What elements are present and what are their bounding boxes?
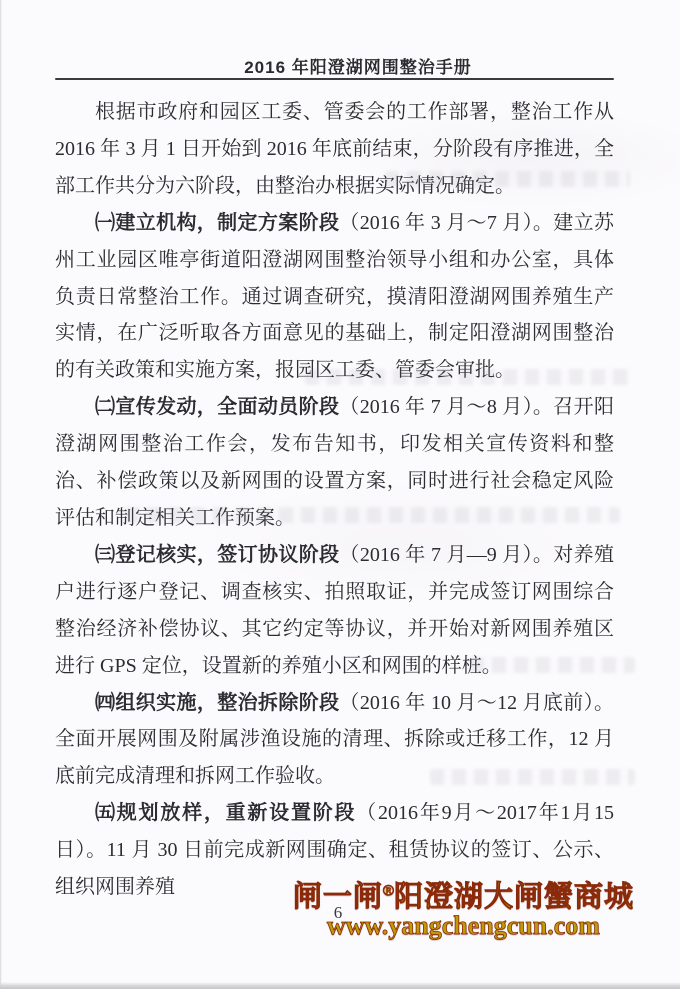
scanned-document-page: 2016 年阳澄湖网围整治手册 根据市政府和园区工委、管委会的工作部署，整治工作…	[0, 0, 680, 989]
paragraph-head: ㈢登记核实，签订协议阶段	[95, 544, 340, 566]
watermark-brand: 闸一闸	[293, 881, 383, 913]
scan-bottom-edge-shadow	[0, 982, 680, 989]
page-header-title: 2016 年阳澄湖网围整治手册	[36, 53, 680, 78]
paragraph-intro: 根据市政府和园区工委、管委会的工作部署，整治工作从 2016 年 3 月 1 日…	[55, 94, 614, 205]
shop-watermark: 闸一闸®阳澄湖大闸蟹商城 www.yangchengcun.com	[293, 882, 634, 940]
paragraph-head: ㈣组织实施，整治拆除阶段	[95, 692, 340, 714]
paragraph-stage-2: ㈡宣传发动，全面动员阶段（2016 年 7 月～8 月）。召开阳澄湖网围整治工作…	[55, 389, 614, 537]
watermark-url: www.yangchengcun.com	[293, 912, 634, 939]
paragraph-stage-4: ㈣组织实施，整治拆除阶段（2016 年 10 月～12 月底前）。全面开展网围及…	[55, 685, 614, 796]
scan-left-edge-shadow	[0, 0, 2, 989]
header-rule-line	[55, 78, 614, 80]
document-body-text: 根据市政府和园区工委、管委会的工作部署，整治工作从 2016 年 3 月 1 日…	[55, 94, 614, 906]
paragraph-stage-3: ㈢登记核实，签订协议阶段（2016 年 7 月—9 月）。对养殖户进行逐户登记、…	[55, 537, 614, 685]
watermark-shop-name: 阳澄湖大闸蟹商城	[394, 881, 634, 913]
watermark-brand-line: 闸一闸®阳澄湖大闸蟹商城	[293, 882, 634, 912]
paragraph-stage-1: ㈠建立机构，制定方案阶段（2016 年 3 月～7 月）。建立苏州工业园区唯亭街…	[55, 205, 614, 390]
paragraph-head: ㈡宣传发动，全面动员阶段	[95, 396, 339, 418]
paragraph-head: ㈤规划放样，重新设置阶段	[95, 802, 356, 824]
paragraph-head: ㈠建立机构，制定方案阶段	[95, 212, 339, 234]
paragraph-text: （2016 年 3 月～7 月）。建立苏州工业园区唯亭街道阳澄湖网围整治领导小组…	[55, 212, 614, 382]
paragraph-text: 根据市政府和园区工委、管委会的工作部署，整治工作从 2016 年 3 月 1 日…	[55, 101, 614, 197]
registered-trademark-icon: ®	[383, 882, 394, 899]
